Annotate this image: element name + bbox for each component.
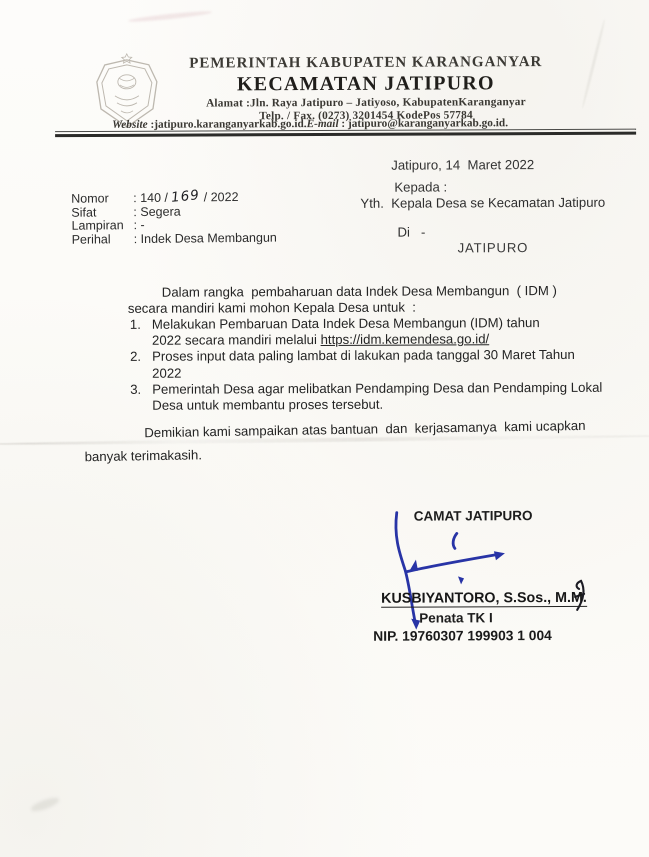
- item-text: Pemerintah Desa agar melibatkan Pendampi…: [152, 380, 607, 414]
- salutation-kepada: Kepada :: [394, 179, 447, 194]
- item-text: Melakukan Pembaruan Data Indek Desa Memb…: [152, 315, 554, 349]
- signature-ink-icon: [371, 499, 622, 650]
- meta-row-perihal: Perihal : Indek Desa Membangun: [72, 231, 277, 247]
- perihal-label: Perihal: [72, 233, 134, 247]
- website-label: Website: [112, 119, 148, 131]
- item-number: 3.: [130, 382, 152, 415]
- opening-paragraph: Dalam rangka pembaharuan data Indek Desa…: [128, 283, 600, 317]
- letterhead-rule: [55, 129, 636, 138]
- government-name: PEMERINTAH KABUPATEN KARANGANYAR: [119, 54, 613, 73]
- letter-meta-block: Nomor : 140 / 169 / 2022 Sifat : Segera …: [71, 191, 277, 248]
- signatory-name: KUSBIYANTORO, S.Sos., M.M.: [381, 590, 587, 608]
- signature-block: CAMAT JATIPURO K: [0, 0, 648, 1]
- letter-date: Jatipuro, 14 Maret 2022: [391, 157, 534, 173]
- nomor-label: Nomor: [71, 192, 133, 206]
- closing-paragraph: Demikian kami sampaikan atas bantuan dan…: [84, 415, 605, 469]
- handwritten-number: 169: [171, 189, 201, 205]
- perihal-value: : Indek Desa Membangun: [134, 231, 277, 246]
- numbered-list: 1. Melakukan Pembaruan Data Indek Desa M…: [130, 315, 607, 414]
- lampiran-label: Lampiran: [71, 219, 133, 233]
- lampiran-value: : -: [133, 219, 144, 233]
- address-line: Alamat :Jln. Raya Jatipuro – Jatiyoso, K…: [119, 96, 613, 110]
- item-number: 2.: [130, 349, 152, 382]
- list-item: 1. Melakukan Pembaruan Data Indek Desa M…: [130, 315, 607, 349]
- nomor-value: : 140 / 169 / 2022: [133, 191, 238, 206]
- item-number: 1.: [130, 317, 152, 350]
- signatory-rank: Penata TK I: [419, 610, 493, 625]
- office-name: KECAMATAN JATIPURO: [119, 72, 613, 97]
- recipient-city: JATIPURO: [458, 240, 529, 255]
- signatory-nip: NIP. 19760307 199903 1 004: [373, 628, 552, 644]
- email-value: : jatipuro@karanganyarkab.go.id.: [339, 117, 508, 130]
- letterhead: PEMERINTAH KABUPATEN KARANGANYAR KECAMAT…: [0, 0, 648, 1]
- sifat-value: : Segera: [133, 205, 180, 219]
- recipient-di: Di -: [397, 225, 425, 240]
- idm-url-text: https://idm.kemendesa.go.id/: [321, 331, 490, 347]
- list-item: 2. Proses input data paling lambat di la…: [130, 347, 607, 381]
- website-value: :jatipuro.karanganyarkab.go.id.: [148, 118, 307, 131]
- list-item: 3. Pemerintah Desa agar melibatkan Penda…: [130, 380, 607, 414]
- item-text: Proses input data paling lambat di lakuk…: [152, 347, 602, 381]
- email-label: E-mail: [307, 118, 339, 130]
- letter-page: PEMERINTAH KABUPATEN KARANGANYAR KECAMAT…: [0, 0, 649, 857]
- recipient-name: Yth. Kepala Desa se Kecamatan Jatipuro: [360, 195, 605, 211]
